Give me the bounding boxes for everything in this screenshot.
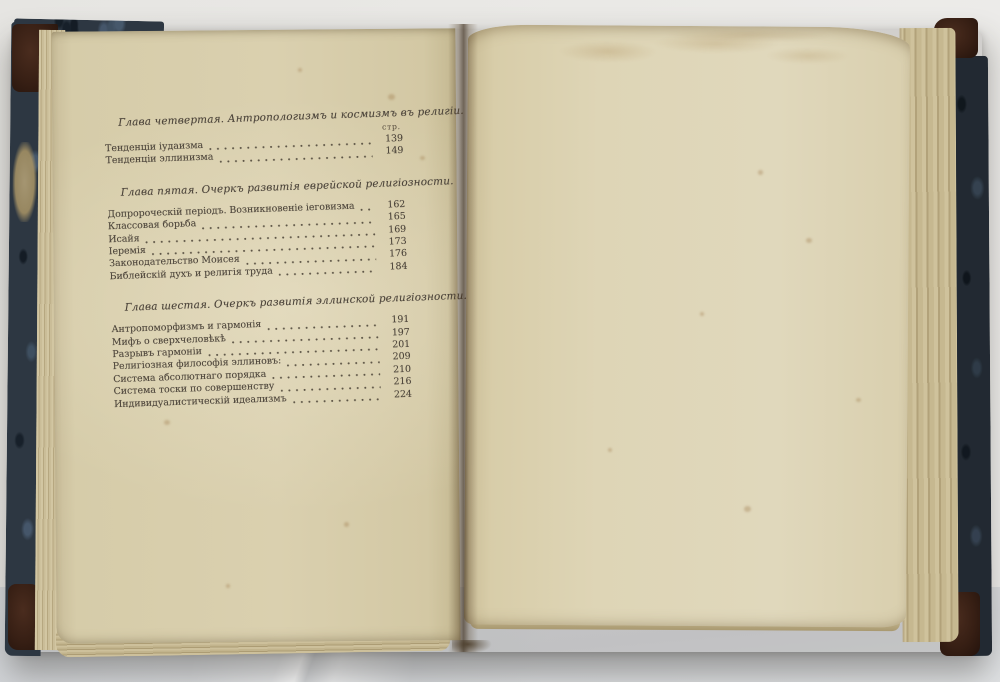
foxing-spot [298, 68, 302, 72]
book-gutter [448, 24, 478, 652]
worn-patch [12, 142, 37, 222]
toc-section-chapter-6: Глава шестая. Очеркъ развитія эллинской … [111, 292, 413, 411]
foxing-spot [164, 420, 170, 425]
gutter-bottom-shadow [452, 640, 492, 654]
toc-page-number: 176 [381, 248, 407, 261]
toc-page-number: 184 [381, 261, 407, 274]
foxing-spot [806, 238, 812, 243]
dot-leader [293, 397, 382, 404]
water-stain [508, 25, 908, 86]
right-page-blank [464, 24, 910, 627]
toc-page-number: 197 [384, 326, 410, 339]
foxing-spot [388, 94, 395, 100]
chapter-heading: Глава пятая. Очеркъ развитія еврейской р… [121, 177, 405, 200]
photo-of-open-book: Глава четвертая. Антропологизмъ и космиз… [0, 0, 1000, 682]
toc-entry-title: Тенденціи эллинизма [105, 152, 213, 168]
foxing-spot [700, 312, 704, 316]
foxing-spot [758, 170, 763, 175]
chapter-heading: Глава шестая. Очеркъ развитія эллинской … [125, 292, 409, 315]
foxing-spot [420, 156, 425, 160]
foxing-spot [744, 506, 751, 512]
toc-page-number: 169 [380, 223, 406, 236]
toc-page-number: 162 [379, 199, 405, 212]
toc-page-number: 191 [383, 314, 409, 327]
toc-page-number: 224 [386, 388, 412, 401]
toc-page-number: 149 [377, 145, 403, 158]
foxing-spot [226, 584, 230, 588]
toc-page-number: 216 [385, 376, 411, 389]
toc-page-number: 201 [384, 339, 410, 352]
toc-page-number: 210 [385, 364, 411, 377]
table-of-contents: Глава четвертая. Антропологизмъ и космиз… [104, 107, 413, 430]
foxing-spot [344, 522, 349, 527]
left-page: Глава четвертая. Антропологизмъ и космиз… [51, 28, 460, 644]
foxing-spot [856, 398, 861, 402]
toc-section-chapter-5: Глава пятая. Очеркъ развитія еврейской р… [107, 177, 408, 284]
dot-leader [361, 207, 375, 211]
toc-page-number: 165 [380, 211, 406, 224]
toc-page-number: 139 [377, 133, 403, 146]
foxing-spot [608, 448, 612, 452]
dot-leader [279, 269, 377, 276]
toc-entry-title: Исайя [108, 233, 140, 246]
toc-section-chapter-4: Глава четвертая. Антропологизмъ и космиз… [104, 107, 404, 168]
toc-page-number: 209 [384, 351, 410, 364]
toc-page-number: 173 [380, 236, 406, 249]
dot-leader [219, 154, 372, 163]
